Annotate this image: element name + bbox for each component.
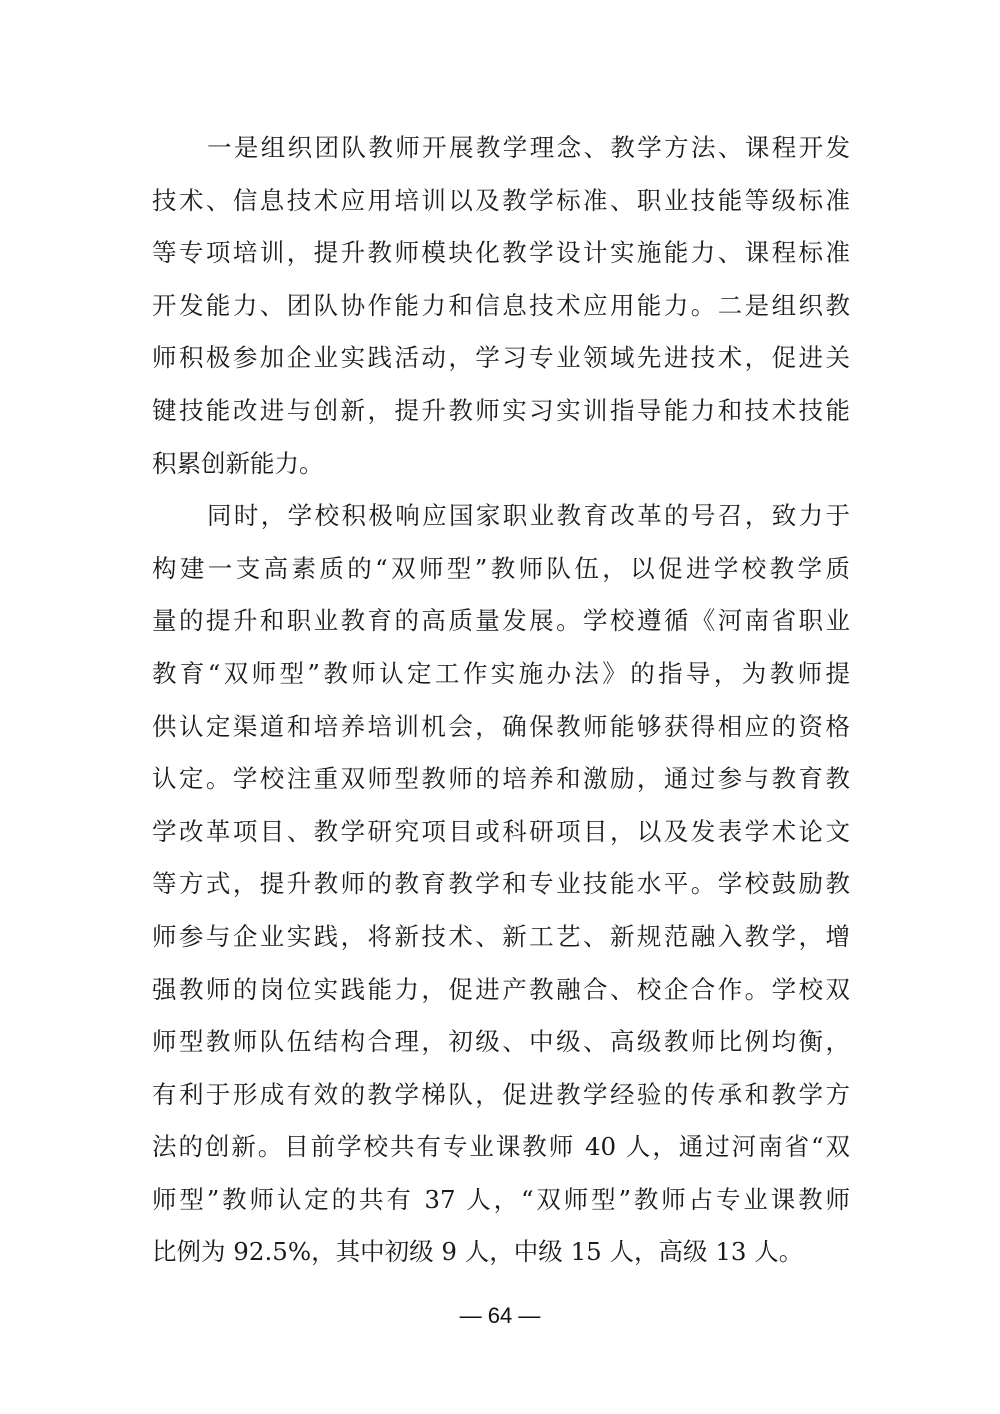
page-number: — 64 — <box>0 1303 1000 1329</box>
body-text: 一是组织团队教师开展教学理念、教学方法、课程开发 技术、信息技术应用培训以及教学… <box>152 122 850 1279</box>
text-line: 开发能力、团队协作能力和信息技术应用能力。二是组织教 <box>152 280 850 333</box>
text-line: 师积极参加企业实践活动，学习专业领域先进技术，促进关 <box>152 332 850 385</box>
text-line: 比例为 92.5%，其中初级 9 人，中级 15 人，高级 13 人。 <box>152 1226 850 1279</box>
text-line: 强教师的岗位实践能力，促进产教融合、校企合作。学校双 <box>152 964 850 1017</box>
text-line: 师参与企业实践，将新技术、新工艺、新规范融入教学，增 <box>152 911 850 964</box>
text-line: 教育“双师型”教师认定工作实施办法》的指导，为教师提 <box>152 648 850 701</box>
document-page: 一是组织团队教师开展教学理念、教学方法、课程开发 技术、信息技术应用培训以及教学… <box>0 0 1000 1414</box>
text-line: 有利于形成有效的教学梯队，促进教学经验的传承和教学方 <box>152 1069 850 1122</box>
text-line: 一是组织团队教师开展教学理念、教学方法、课程开发 <box>152 122 850 175</box>
text-line: 师型教师队伍结构合理，初级、中级、高级教师比例均衡， <box>152 1016 850 1069</box>
text-line: 构建一支高素质的“双师型”教师队伍，以促进学校教学质 <box>152 543 850 596</box>
text-line: 认定。学校注重双师型教师的培养和激励，通过参与教育教 <box>152 753 850 806</box>
text-line: 技术、信息技术应用培训以及教学标准、职业技能等级标准 <box>152 175 850 228</box>
paragraph-training: 一是组织团队教师开展教学理念、教学方法、课程开发 技术、信息技术应用培训以及教学… <box>152 122 850 490</box>
text-line: 学改革项目、教学研究项目或科研项目，以及发表学术论文 <box>152 806 850 859</box>
paragraph-double-qualified-teachers: 同时，学校积极响应国家职业教育改革的号召，致力于 构建一支高素质的“双师型”教师… <box>152 490 850 1279</box>
text-line: 量的提升和职业教育的高质量发展。学校遵循《河南省职业 <box>152 595 850 648</box>
text-line: 积累创新能力。 <box>152 438 850 491</box>
text-line: 师型”教师认定的共有 37 人，“双师型”教师占专业课教师 <box>152 1174 850 1227</box>
text-line: 键技能改进与创新，提升教师实习实训指导能力和技术技能 <box>152 385 850 438</box>
text-line: 等专项培训，提升教师模块化教学设计实施能力、课程标准 <box>152 227 850 280</box>
text-line: 供认定渠道和培养培训机会，确保教师能够获得相应的资格 <box>152 701 850 754</box>
text-line: 同时，学校积极响应国家职业教育改革的号召，致力于 <box>152 490 850 543</box>
text-line: 等方式，提升教师的教育教学和专业技能水平。学校鼓励教 <box>152 858 850 911</box>
text-line: 法的创新。目前学校共有专业课教师 40 人，通过河南省“双 <box>152 1121 850 1174</box>
